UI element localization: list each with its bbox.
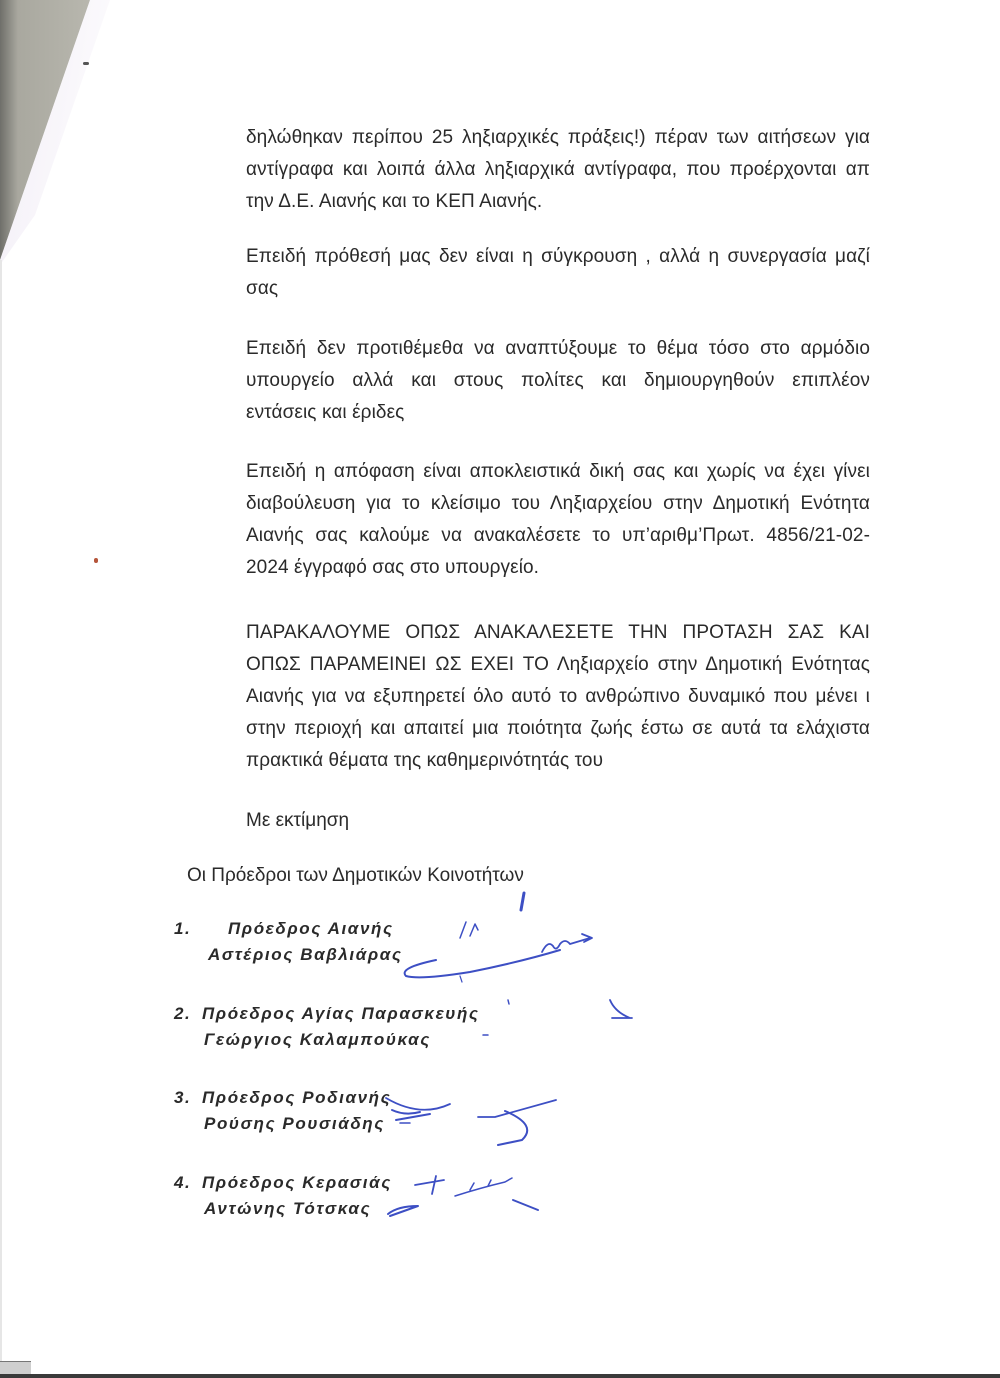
signature-4 (388, 1176, 538, 1216)
signature-3 (386, 1098, 556, 1145)
text-line: αντίγραφα και λοιπά άλλα ληξιαρχικά αντί… (246, 154, 870, 186)
text-line: 2024 έγγραφό σας στο υπουργείο. (246, 552, 870, 584)
paragraph-no-escalation: Επειδή δεν προτιθέμεθα να αναπτύξουμε το… (246, 333, 870, 429)
signer-number: 4. (174, 1170, 202, 1196)
scan-speck (83, 62, 89, 65)
signer-name: Γεώργιος Καλαμπούκας (174, 1027, 480, 1053)
signer-role: Πρόεδρος Κερασιάς (202, 1170, 392, 1196)
signer-role: Πρόεδρος Ροδιανής (202, 1085, 391, 1111)
text-line: Επειδή δεν προτιθέμεθα να αναπτύξουμε το… (246, 333, 870, 365)
signer-number: 1. (174, 916, 228, 942)
signature-1 (405, 893, 592, 982)
paragraph-cooperation: Επειδή πρόθεσή μας δεν είναι η σύγκρουση… (246, 241, 870, 305)
text-line: δηλώθηκαν περίπου 25 ληξιαρχικές πράξεις… (246, 122, 870, 154)
signer-3: 3.Πρόεδρος Ροδιανής Ρούσης Ρουσιάδης (174, 1085, 391, 1137)
signature-2 (483, 1000, 632, 1035)
paragraph-revoke-request: Επειδή η απόφαση είναι αποκλειστικά δική… (246, 456, 870, 584)
signer-4: 4.Πρόεδρος Κερασιάς Αντώνης Τότσκας (174, 1170, 392, 1222)
signer-number: 3. (174, 1085, 202, 1111)
scan-edge-left (0, 260, 2, 1370)
text-line: Αιανής για να εξυπηρετεί όλο αυτό το ανθ… (246, 681, 870, 713)
text-line: ΟΠΩΣ ΠΑΡΑΜΕΙΝΕΙ ΩΣ ΕΧΕΙ ΤΟ Ληξιαρχείο στ… (246, 649, 870, 681)
scan-corner-mark (0, 1361, 31, 1374)
paragraph-continuation: δηλώθηκαν περίπου 25 ληξιαρχικές πράξεις… (246, 122, 870, 218)
text-line: υπουργείο αλλά και στους πολίτες και δημ… (246, 365, 870, 397)
text-line: Επειδή η απόφαση είναι αποκλειστικά δική… (246, 456, 870, 488)
text-line: πρακτικά θέματα της καθημερινότητάς του (246, 745, 870, 777)
text-line: εντάσεις και έριδες (246, 397, 870, 429)
paragraph-plea: ΠΑΡΑΚΑΛΟΥΜΕ ΟΠΩΣ ΑΝΑΚΑΛΕΣΕΤΕ ΤΗΝ ΠΡΟΤΑΣΗ… (246, 617, 870, 777)
scan-edge-bottom (0, 1374, 1000, 1378)
text-line: Αιανής σας καλούμε να ανακαλέσετε το υπ’… (246, 520, 870, 552)
signer-number: 2. (174, 1001, 202, 1027)
signer-name: Αστέριος Βαβλιάρας (174, 942, 403, 968)
text-line: διαβούλευση για το κλείσιμο του Ληξιαρχε… (246, 488, 870, 520)
signer-1: 1.Πρόεδρος Αιανής Αστέριος Βαβλιάρας (174, 916, 403, 968)
signers-heading: Οι Πρόεδροι των Δημοτικών Κοινοτήτων (187, 860, 524, 892)
closing-salutation: Με εκτίμηση (246, 805, 349, 837)
text-line: στην περιοχή και απαιτεί μια ποιότητα ζω… (246, 713, 870, 745)
text-line: την Δ.Ε. Αιανής και το ΚΕΠ Αιανής. (246, 186, 870, 218)
signer-role: Πρόεδρος Αιανής (228, 916, 394, 942)
text-line: Επειδή πρόθεσή μας δεν είναι η σύγκρουση… (246, 241, 870, 273)
signer-2: 2.Πρόεδρος Αγίας Παρασκευής Γεώργιος Καλ… (174, 1001, 480, 1053)
text-line: σας (246, 273, 870, 305)
signer-role: Πρόεδρος Αγίας Παρασκευής (202, 1001, 480, 1027)
signer-name: Ρούσης Ρουσιάδης (174, 1111, 391, 1137)
text-line: ΠΑΡΑΚΑΛΟΥΜΕ ΟΠΩΣ ΑΝΑΚΑΛΕΣΕΤΕ ΤΗΝ ΠΡΟΤΑΣΗ… (246, 617, 870, 649)
signer-name: Αντώνης Τότσκας (174, 1196, 392, 1222)
scan-speck (94, 558, 98, 563)
